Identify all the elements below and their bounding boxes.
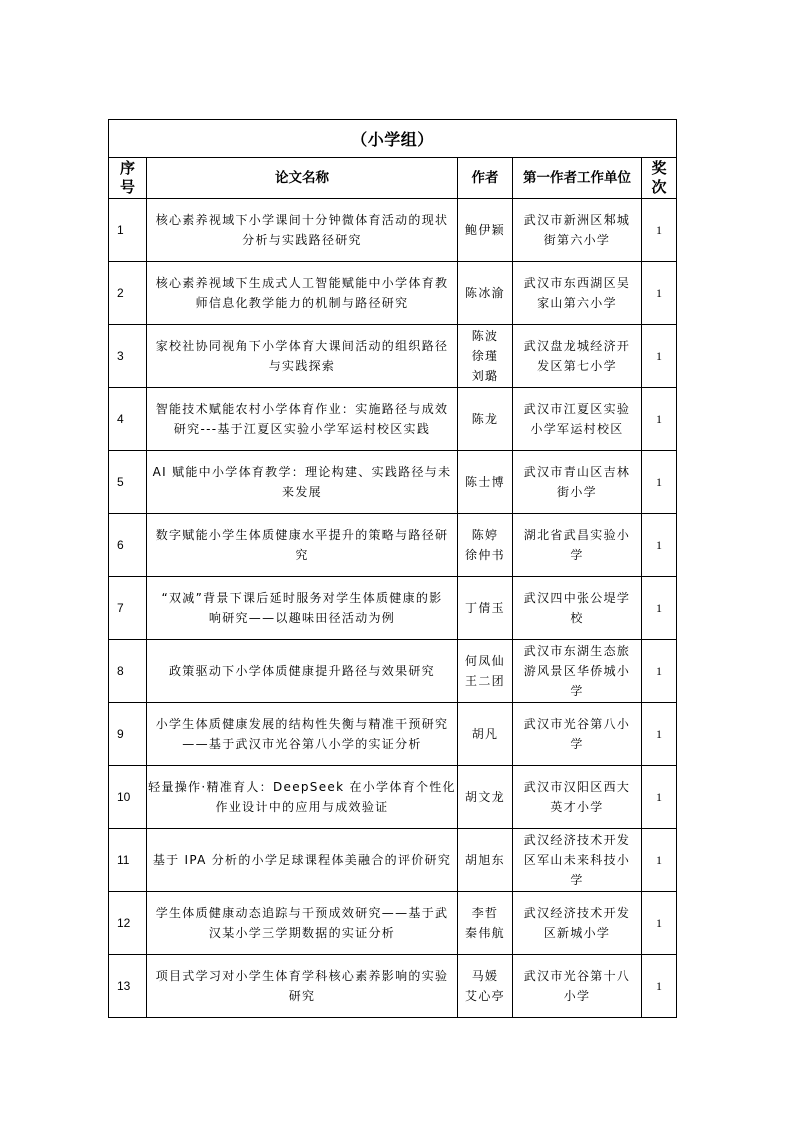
- header-award-line: 次: [642, 178, 676, 197]
- paper-title-line: 智能技术赋能农村小学体育作业：实施路径与成效: [147, 399, 457, 419]
- unit-line: 武汉市新洲区邾城: [513, 210, 641, 230]
- first-author-unit: 武汉盘龙城经济开发区第七小学: [513, 325, 642, 388]
- unit-line: 武汉盘龙城经济开: [513, 336, 641, 356]
- award-rank: 1: [642, 325, 677, 388]
- unit-line: 游风景区华侨城小: [513, 661, 641, 681]
- unit-line: 街第六小学: [513, 230, 641, 250]
- table-body: （小学组） 序 号 论文名称 作者 第一作者工作单位 奖 次 1核心素养视域下小…: [109, 120, 677, 1018]
- authors: 何凤仙王二团: [458, 640, 513, 703]
- row-number: 5: [109, 451, 147, 514]
- paper-title: 智能技术赋能农村小学体育作业：实施路径与成效研究---基于江夏区实验小学军运村校…: [147, 388, 458, 451]
- award-table: （小学组） 序 号 论文名称 作者 第一作者工作单位 奖 次 1核心素养视域下小…: [108, 119, 677, 1018]
- author-name: 鲍伊颖: [458, 220, 512, 240]
- unit-line: 武汉市光谷第十八: [513, 966, 641, 986]
- first-author-unit: 武汉市东湖生态旅游风景区华侨城小学: [513, 640, 642, 703]
- row-number: 7: [109, 577, 147, 640]
- award-rank: 1: [642, 451, 677, 514]
- table-row: 2核心素养视域下生成式人工智能赋能中小学体育教师信息化教学能力的机制与路径研究陈…: [109, 262, 677, 325]
- author-name: 李哲: [458, 903, 512, 923]
- group-title-row: （小学组）: [109, 120, 677, 158]
- paper-title-line: 师信息化教学能力的机制与路径研究: [147, 293, 457, 313]
- paper-title: 核心素养视域下小学课间十分钟微体育活动的现状分析与实践路径研究: [147, 199, 458, 262]
- paper-title-line: 与实践探索: [147, 356, 457, 376]
- author-name: 胡旭东: [458, 850, 512, 870]
- table-row: 11基于 IPA 分析的小学足球课程体美融合的评价研究胡旭东武汉经济技术开发区军…: [109, 829, 677, 892]
- row-number: 4: [109, 388, 147, 451]
- unit-line: 发区第七小学: [513, 356, 641, 376]
- author-name: 陈波: [458, 326, 512, 346]
- unit-line: 英才小学: [513, 797, 641, 817]
- authors: 陈波徐瑾刘璐: [458, 325, 513, 388]
- award-rank: 1: [642, 262, 677, 325]
- paper-title: 数字赋能小学生体质健康水平提升的策略与路径研究: [147, 514, 458, 577]
- award-rank: 1: [642, 829, 677, 892]
- paper-title-line: 汉某小学三学期数据的实证分析: [147, 923, 457, 943]
- authors: 胡旭东: [458, 829, 513, 892]
- paper-title-line: 来发展: [147, 482, 457, 502]
- first-author-unit: 湖北省武昌实验小学: [513, 514, 642, 577]
- header-award-line: 奖: [642, 159, 676, 178]
- award-rank: 1: [642, 514, 677, 577]
- author-name: 陈龙: [458, 409, 512, 429]
- paper-title-line: “双减”背景下课后延时服务对学生体质健康的影: [147, 588, 457, 608]
- author-name: 陈士博: [458, 472, 512, 492]
- unit-line: 武汉市江夏区实验: [513, 399, 641, 419]
- paper-title: 政策驱动下小学体质健康提升路径与效果研究: [147, 640, 458, 703]
- author-name: 陈婷: [458, 525, 512, 545]
- unit-line: 武汉市东西湖区吴: [513, 273, 641, 293]
- unit-line: 武汉市光谷第八小: [513, 714, 641, 734]
- paper-title-line: 作业设计中的应用与成效验证: [147, 797, 457, 817]
- unit-line: 湖北省武昌实验小: [513, 525, 641, 545]
- paper-title-line: 政策驱动下小学体质健康提升路径与效果研究: [147, 661, 457, 681]
- first-author-unit: 武汉市光谷第八小学: [513, 703, 642, 766]
- unit-line: 小学: [513, 986, 641, 1006]
- paper-title-line: 核心素养视域下生成式人工智能赋能中小学体育教: [147, 273, 457, 293]
- unit-line: 学: [513, 545, 641, 565]
- paper-title-line: AI 赋能中小学体育教学：理论构建、实践路径与未: [147, 462, 457, 482]
- author-name: 丁倩玉: [458, 598, 512, 618]
- authors: 马媛艾心亭: [458, 955, 513, 1018]
- authors: 陈士博: [458, 451, 513, 514]
- table-row: 13项目式学习对小学生体育学科核心素养影响的实验研究马媛艾心亭武汉市光谷第十八小…: [109, 955, 677, 1018]
- first-author-unit: 武汉市江夏区实验小学军运村校区: [513, 388, 642, 451]
- header-row: 序 号 论文名称 作者 第一作者工作单位 奖 次: [109, 158, 677, 199]
- author-name: 何凤仙: [458, 651, 512, 671]
- header-no: 序 号: [109, 158, 147, 199]
- first-author-unit: 武汉市光谷第十八小学: [513, 955, 642, 1018]
- authors: 李哲秦伟航: [458, 892, 513, 955]
- author-name: 胡文龙: [458, 787, 512, 807]
- paper-title-line: 小学生体质健康发展的结构性失衡与精准干预研究: [147, 714, 457, 734]
- row-number: 6: [109, 514, 147, 577]
- row-number: 13: [109, 955, 147, 1018]
- row-number: 8: [109, 640, 147, 703]
- authors: 丁倩玉: [458, 577, 513, 640]
- author-name: 陈冰渝: [458, 283, 512, 303]
- award-rank: 1: [642, 640, 677, 703]
- author-name: 秦伟航: [458, 923, 512, 943]
- unit-line: 武汉经济技术开发: [513, 830, 641, 850]
- row-number: 3: [109, 325, 147, 388]
- unit-line: 小学军运村校区: [513, 419, 641, 439]
- first-author-unit: 武汉经济技术开发区军山未来科技小学: [513, 829, 642, 892]
- unit-line: 街小学: [513, 482, 641, 502]
- table-row: 4智能技术赋能农村小学体育作业：实施路径与成效研究---基于江夏区实验小学军运村…: [109, 388, 677, 451]
- award-rank: 1: [642, 199, 677, 262]
- paper-title: 轻量操作·精准育人：DeepSeek 在小学体育个性化作业设计中的应用与成效验证: [147, 766, 458, 829]
- first-author-unit: 武汉四中张公堤学校: [513, 577, 642, 640]
- author-name: 艾心亭: [458, 986, 512, 1006]
- paper-title-line: 项目式学习对小学生体育学科核心素养影响的实验: [147, 966, 457, 986]
- first-author-unit: 武汉市青山区吉林街小学: [513, 451, 642, 514]
- unit-line: 武汉市青山区吉林: [513, 462, 641, 482]
- first-author-unit: 武汉市新洲区邾城街第六小学: [513, 199, 642, 262]
- group-title: （小学组）: [109, 120, 677, 158]
- award-rank: 1: [642, 892, 677, 955]
- unit-line: 学: [513, 870, 641, 890]
- table-row: 3家校社协同视角下小学体育大课间活动的组织路径与实践探索陈波徐瑾刘璐武汉盘龙城经…: [109, 325, 677, 388]
- paper-title: 基于 IPA 分析的小学足球课程体美融合的评价研究: [147, 829, 458, 892]
- unit-line: 校: [513, 608, 641, 628]
- paper-title: 学生体质健康动态追踪与干预成效研究——基于武汉某小学三学期数据的实证分析: [147, 892, 458, 955]
- authors: 陈冰渝: [458, 262, 513, 325]
- paper-title: 家校社协同视角下小学体育大课间活动的组织路径与实践探索: [147, 325, 458, 388]
- paper-title-line: 核心素养视域下小学课间十分钟微体育活动的现状: [147, 210, 457, 230]
- authors: 鲍伊颖: [458, 199, 513, 262]
- paper-title-line: 究: [147, 545, 457, 565]
- authors: 胡文龙: [458, 766, 513, 829]
- paper-title: 项目式学习对小学生体育学科核心素养影响的实验研究: [147, 955, 458, 1018]
- row-number: 2: [109, 262, 147, 325]
- unit-line: 家山第六小学: [513, 293, 641, 313]
- row-number: 12: [109, 892, 147, 955]
- author-name: 马媛: [458, 966, 512, 986]
- table-row: 7“双减”背景下课后延时服务对学生体质健康的影响研究——以趣味田径活动为例丁倩玉…: [109, 577, 677, 640]
- row-number: 1: [109, 199, 147, 262]
- paper-title-line: 家校社协同视角下小学体育大课间活动的组织路径: [147, 336, 457, 356]
- paper-title: 小学生体质健康发展的结构性失衡与精准干预研究——基于武汉市光谷第八小学的实证分析: [147, 703, 458, 766]
- row-number: 9: [109, 703, 147, 766]
- table-row: 8政策驱动下小学体质健康提升路径与效果研究何凤仙王二团武汉市东湖生态旅游风景区华…: [109, 640, 677, 703]
- table-row: 10轻量操作·精准育人：DeepSeek 在小学体育个性化作业设计中的应用与成效…: [109, 766, 677, 829]
- unit-line: 学: [513, 681, 641, 701]
- authors: 陈龙: [458, 388, 513, 451]
- row-number: 11: [109, 829, 147, 892]
- author-name: 王二团: [458, 671, 512, 691]
- paper-title-line: 学生体质健康动态追踪与干预成效研究——基于武: [147, 903, 457, 923]
- paper-title-line: 分析与实践路径研究: [147, 230, 457, 250]
- table-row: 6数字赋能小学生体质健康水平提升的策略与路径研究陈婷徐仲书湖北省武昌实验小学1: [109, 514, 677, 577]
- paper-title-line: 研究---基于江夏区实验小学军运村校区实践: [147, 419, 457, 439]
- row-number: 10: [109, 766, 147, 829]
- unit-line: 学: [513, 734, 641, 754]
- unit-line: 武汉市汉阳区西大: [513, 777, 641, 797]
- paper-title: 核心素养视域下生成式人工智能赋能中小学体育教师信息化教学能力的机制与路径研究: [147, 262, 458, 325]
- header-title: 论文名称: [147, 158, 458, 199]
- author-name: 徐瑾: [458, 346, 512, 366]
- award-rank: 1: [642, 766, 677, 829]
- author-name: 刘璐: [458, 366, 512, 386]
- award-rank: 1: [642, 388, 677, 451]
- unit-line: 武汉市东湖生态旅: [513, 641, 641, 661]
- header-authors: 作者: [458, 158, 513, 199]
- table-row: 12学生体质健康动态追踪与干预成效研究——基于武汉某小学三学期数据的实证分析李哲…: [109, 892, 677, 955]
- authors: 胡凡: [458, 703, 513, 766]
- author-name: 徐仲书: [458, 545, 512, 565]
- authors: 陈婷徐仲书: [458, 514, 513, 577]
- paper-title: AI 赋能中小学体育教学：理论构建、实践路径与未来发展: [147, 451, 458, 514]
- first-author-unit: 武汉市东西湖区吴家山第六小学: [513, 262, 642, 325]
- award-rank: 1: [642, 577, 677, 640]
- header-unit: 第一作者工作单位: [513, 158, 642, 199]
- first-author-unit: 武汉市汉阳区西大英才小学: [513, 766, 642, 829]
- paper-title: “双减”背景下课后延时服务对学生体质健康的影响研究——以趣味田径活动为例: [147, 577, 458, 640]
- header-no-line: 号: [109, 178, 146, 197]
- paper-title-line: ——基于武汉市光谷第八小学的实证分析: [147, 734, 457, 754]
- unit-line: 区军山未来科技小: [513, 850, 641, 870]
- paper-title-line: 数字赋能小学生体质健康水平提升的策略与路径研: [147, 525, 457, 545]
- paper-title-line: 研究: [147, 986, 457, 1006]
- table-row: 9小学生体质健康发展的结构性失衡与精准干预研究——基于武汉市光谷第八小学的实证分…: [109, 703, 677, 766]
- table-row: 5AI 赋能中小学体育教学：理论构建、实践路径与未来发展陈士博武汉市青山区吉林街…: [109, 451, 677, 514]
- paper-title-line: 响研究——以趣味田径活动为例: [147, 608, 457, 628]
- paper-title-line: 基于 IPA 分析的小学足球课程体美融合的评价研究: [147, 850, 457, 870]
- first-author-unit: 武汉经济技术开发区新城小学: [513, 892, 642, 955]
- award-rank: 1: [642, 955, 677, 1018]
- table-row: 1核心素养视域下小学课间十分钟微体育活动的现状分析与实践路径研究鲍伊颖武汉市新洲…: [109, 199, 677, 262]
- author-name: 胡凡: [458, 724, 512, 744]
- paper-title-line: 轻量操作·精准育人：DeepSeek 在小学体育个性化: [147, 777, 457, 797]
- unit-line: 武汉经济技术开发: [513, 903, 641, 923]
- header-no-line: 序: [109, 159, 146, 178]
- header-award: 奖 次: [642, 158, 677, 199]
- award-rank: 1: [642, 703, 677, 766]
- unit-line: 武汉四中张公堤学: [513, 588, 641, 608]
- unit-line: 区新城小学: [513, 923, 641, 943]
